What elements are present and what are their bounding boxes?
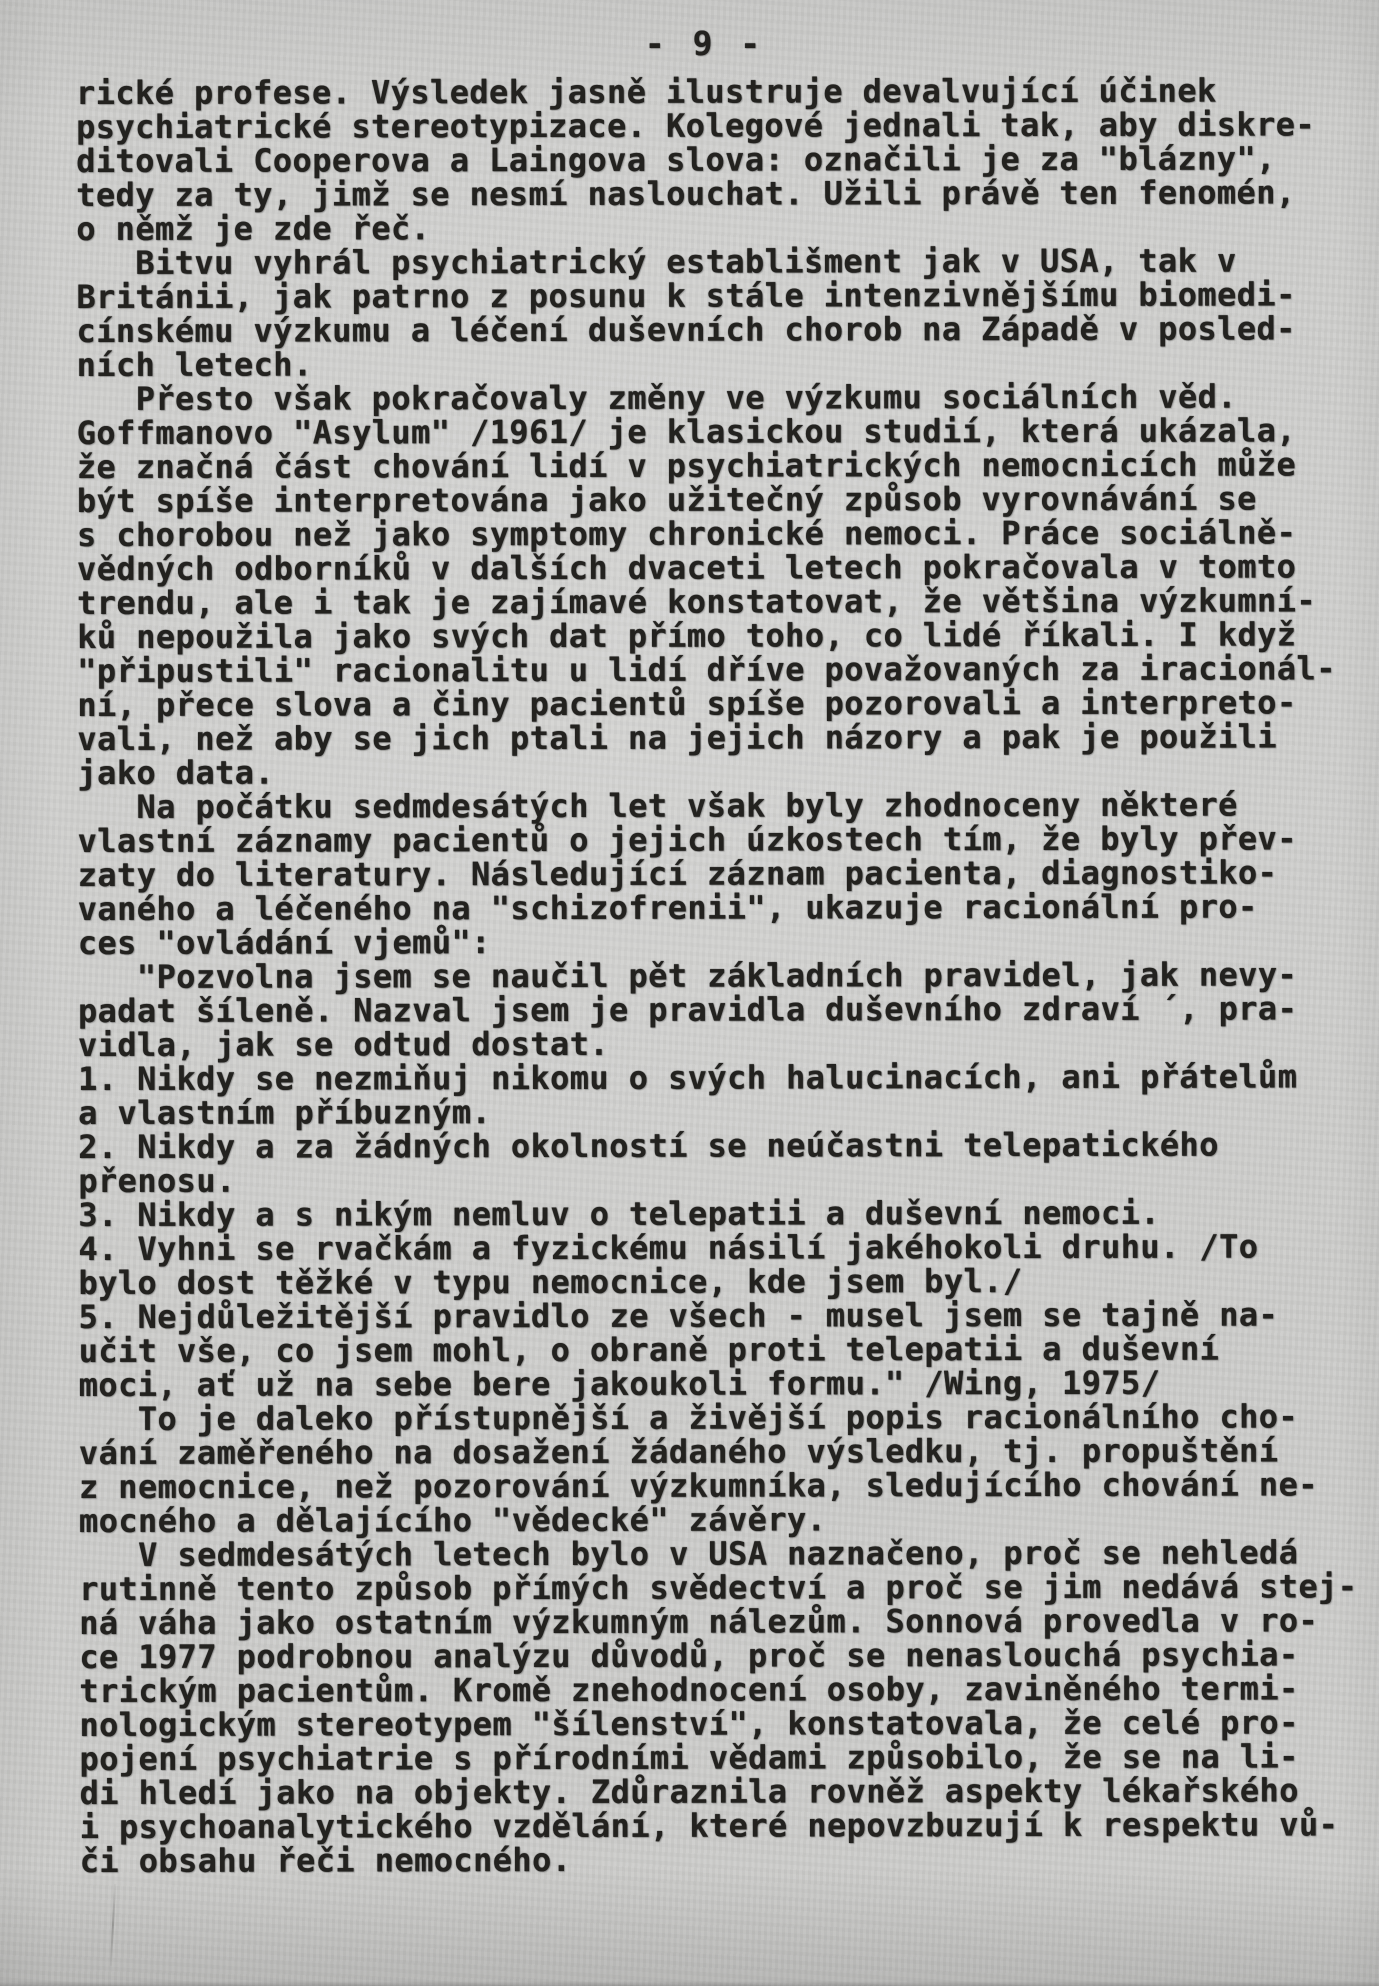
page-number: - 9 - (0, 24, 1379, 63)
typewritten-body-text: rické profese. Výsledek jasně ilustruje … (76, 73, 1358, 1878)
paper-scratch-mark (110, 1884, 116, 1966)
scanned-document-page: - 9 - rické profese. Výsledek jasně ilus… (0, 0, 1379, 1986)
page-bottom-edge-shadow (0, 1981, 1379, 1986)
